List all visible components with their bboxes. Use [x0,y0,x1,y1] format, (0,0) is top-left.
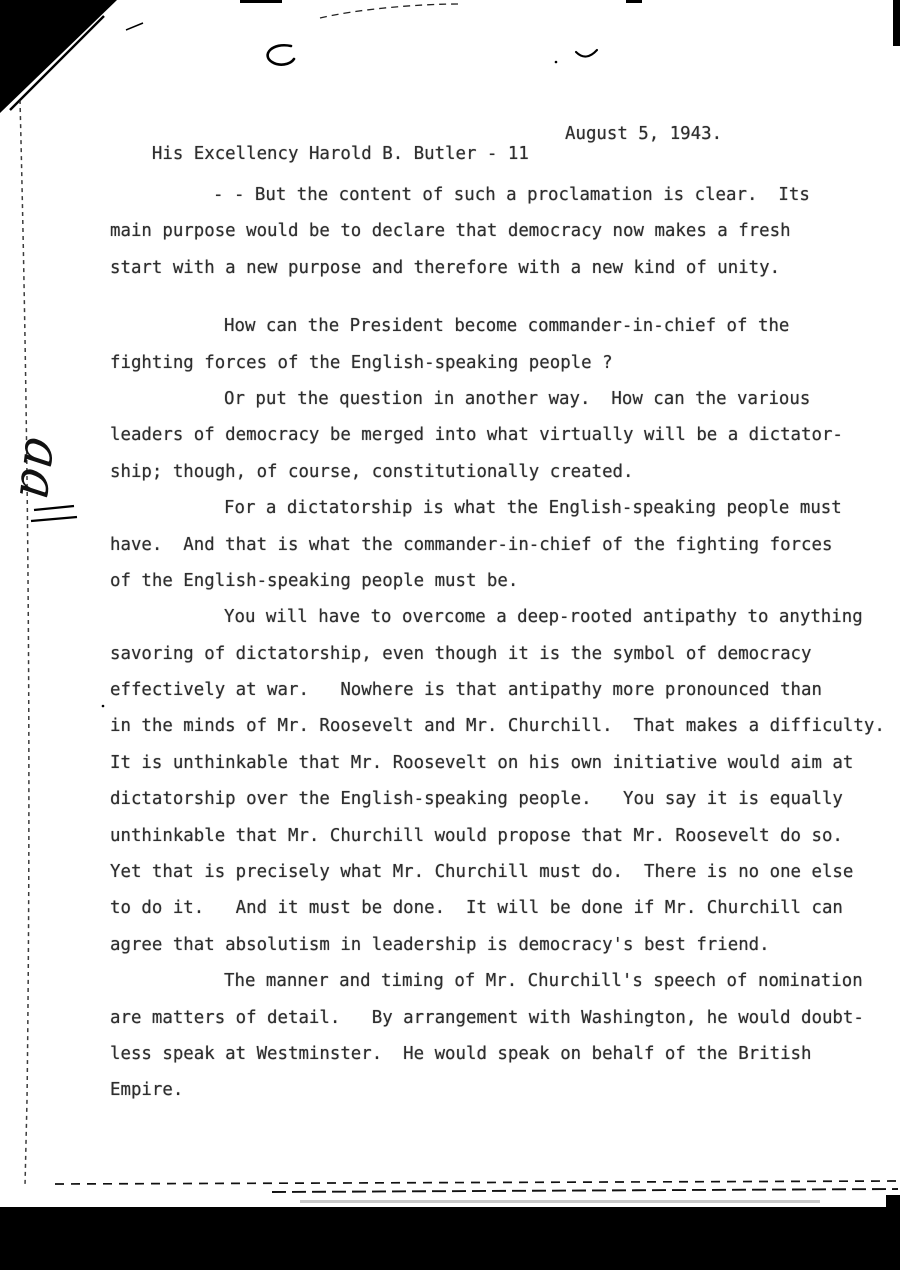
top-edge-mark [626,0,642,3]
bottom-scratch-line [272,1189,898,1192]
typed-line: of the English-speaking people must be. [110,563,890,599]
paragraph: Or put the question in another way. How … [110,381,890,490]
top-edge-mark [240,0,282,3]
margin-annotation-stroke [31,517,77,521]
scratch-line [320,4,458,18]
typed-line: to do it. And it must be done. It will b… [110,890,890,926]
typed-line: start with a new purpose and therefore w… [110,250,890,286]
bottom-gray-streak [300,1200,820,1203]
recipient-page-line: His Excellency Harold B. Butler - 11 [152,144,529,164]
typed-line: leaders of democracy be merged into what… [110,417,890,453]
paragraph: The manner and timing of Mr. Churchill's… [110,963,890,1109]
typed-line: ship; though, of course, constitutionall… [110,454,890,490]
typed-line: For a dictatorship is what the English-s… [110,490,890,526]
typed-line: Empire. [110,1072,890,1108]
margin-annotation-stroke [34,506,74,510]
pen-mark-left [268,45,294,64]
margin-annotation: aa [7,434,74,503]
typed-line: dictatorship over the English-speaking p… [110,781,890,817]
typed-line: in the minds of Mr. Roosevelt and Mr. Ch… [110,708,890,744]
typed-line: Or put the question in another way. How … [110,381,890,417]
bottom-scratch-line [55,1181,898,1184]
typed-line: main purpose would be to declare that de… [110,213,890,249]
ink-speck [102,705,105,708]
date-line: August 5, 1943. [565,124,722,144]
typed-line: The manner and timing of Mr. Churchill's… [110,963,890,999]
paragraph: How can the President become commander-i… [110,308,890,381]
paragraph: You will have to overcome a deep-rooted … [110,599,890,963]
scanned-document-page: aa His Excellency Harold B. Butler - 11 … [0,0,900,1270]
paragraph: For a dictatorship is what the English-s… [110,490,890,599]
typed-line: agree that absolutism in leadership is d… [110,927,890,963]
typed-line: effectively at war. Nowhere is that anti… [110,672,890,708]
typed-line: are matters of detail. By arrangement wi… [110,1000,890,1036]
bottom-band-notch [886,1195,900,1210]
typed-line: You will have to overcome a deep-rooted … [110,599,890,635]
paragraph-gap [110,286,890,308]
typed-line: How can the President become commander-i… [110,308,890,344]
corner-fold-dash [126,23,143,30]
typed-line: fighting forces of the English-speaking … [110,345,890,381]
typed-line: - - But the content of such a proclamati… [110,177,890,213]
right-edge-strip [893,0,900,46]
bottom-scan-band [0,1207,900,1270]
corner-fold-line [10,16,104,110]
corner-fold-wedge [0,0,117,113]
ink-speck [555,61,558,64]
paragraph: - - But the content of such a proclamati… [110,177,890,286]
typed-line: Yet that is precisely what Mr. Churchill… [110,854,890,890]
typed-line: unthinkable that Mr. Churchill would pro… [110,818,890,854]
typed-line: have. And that is what the commander-in-… [110,527,890,563]
typed-line: less speak at Westminster. He would spea… [110,1036,890,1072]
typed-line: It is unthinkable that Mr. Roosevelt on … [110,745,890,781]
pen-mark-right [576,50,597,57]
letter-body: - - But the content of such a proclamati… [110,177,890,1109]
typed-line: savoring of dictatorship, even though it… [110,636,890,672]
left-fold-dashed-line [20,100,29,1186]
